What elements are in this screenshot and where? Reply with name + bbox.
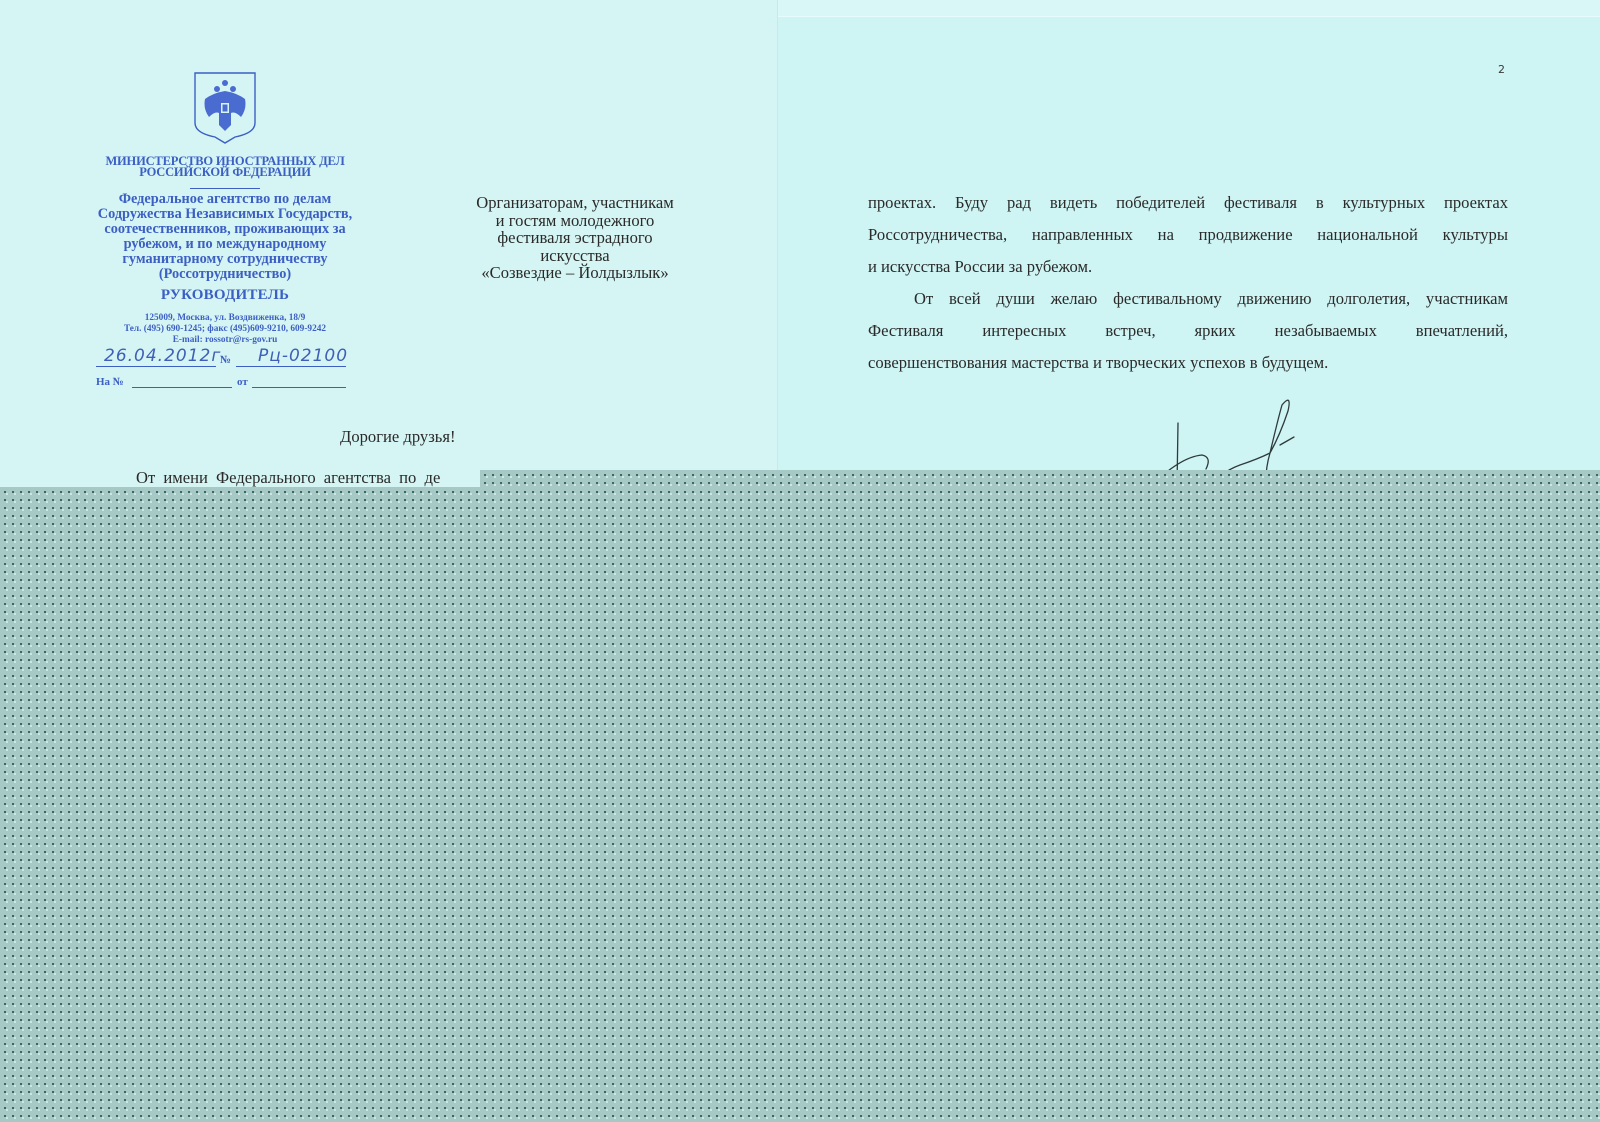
letterhead-divider bbox=[190, 188, 260, 189]
paragraph-1: проектах. Буду рад видеть победителей фе… bbox=[868, 187, 1508, 283]
ref-from-label: от bbox=[237, 376, 248, 388]
addressee-block: Организаторам, участникам и гостям молод… bbox=[455, 194, 695, 282]
position-title: РУКОВОДИТЕЛЬ bbox=[70, 287, 380, 303]
greeting: Дорогие друзья! bbox=[340, 427, 456, 447]
agency-name: Федеральное агентство по делам Содружест… bbox=[70, 192, 380, 282]
ref-label: На № bbox=[96, 376, 124, 388]
reg-number-underline bbox=[236, 366, 346, 367]
reg-date: 26.04.2012г bbox=[104, 346, 221, 366]
coat-of-arms-icon bbox=[193, 71, 257, 145]
reg-date-underline bbox=[96, 366, 216, 367]
paragraph-2: От всей души желаю фестивальному движени… bbox=[868, 283, 1508, 379]
phone: Тел. (495) 690-1245; факс (495)609-9210,… bbox=[70, 324, 380, 335]
contact-block: 125009, Москва, ул. Воздвиженка, 18/9 Те… bbox=[70, 313, 380, 346]
ministry-name: МИНИСТЕРСТВО ИНОСТРАННЫХ ДЕЛ РОССИЙСКОЙ … bbox=[70, 156, 380, 178]
redaction-overlay bbox=[0, 487, 1600, 1122]
ref-from-underline bbox=[252, 387, 346, 388]
ref-underline bbox=[132, 387, 232, 388]
email: E-mail: rossotr@rs-gov.ru bbox=[70, 335, 380, 346]
reg-number: Рц-02100 bbox=[258, 346, 348, 366]
letter-body-start: От имени Федерального агентства по де bbox=[136, 468, 440, 488]
page-number: 2 bbox=[1498, 63, 1505, 76]
reg-number-label: № bbox=[220, 354, 231, 366]
redaction-overlay bbox=[480, 470, 1600, 487]
address: 125009, Москва, ул. Воздвиженка, 18/9 bbox=[70, 313, 380, 324]
